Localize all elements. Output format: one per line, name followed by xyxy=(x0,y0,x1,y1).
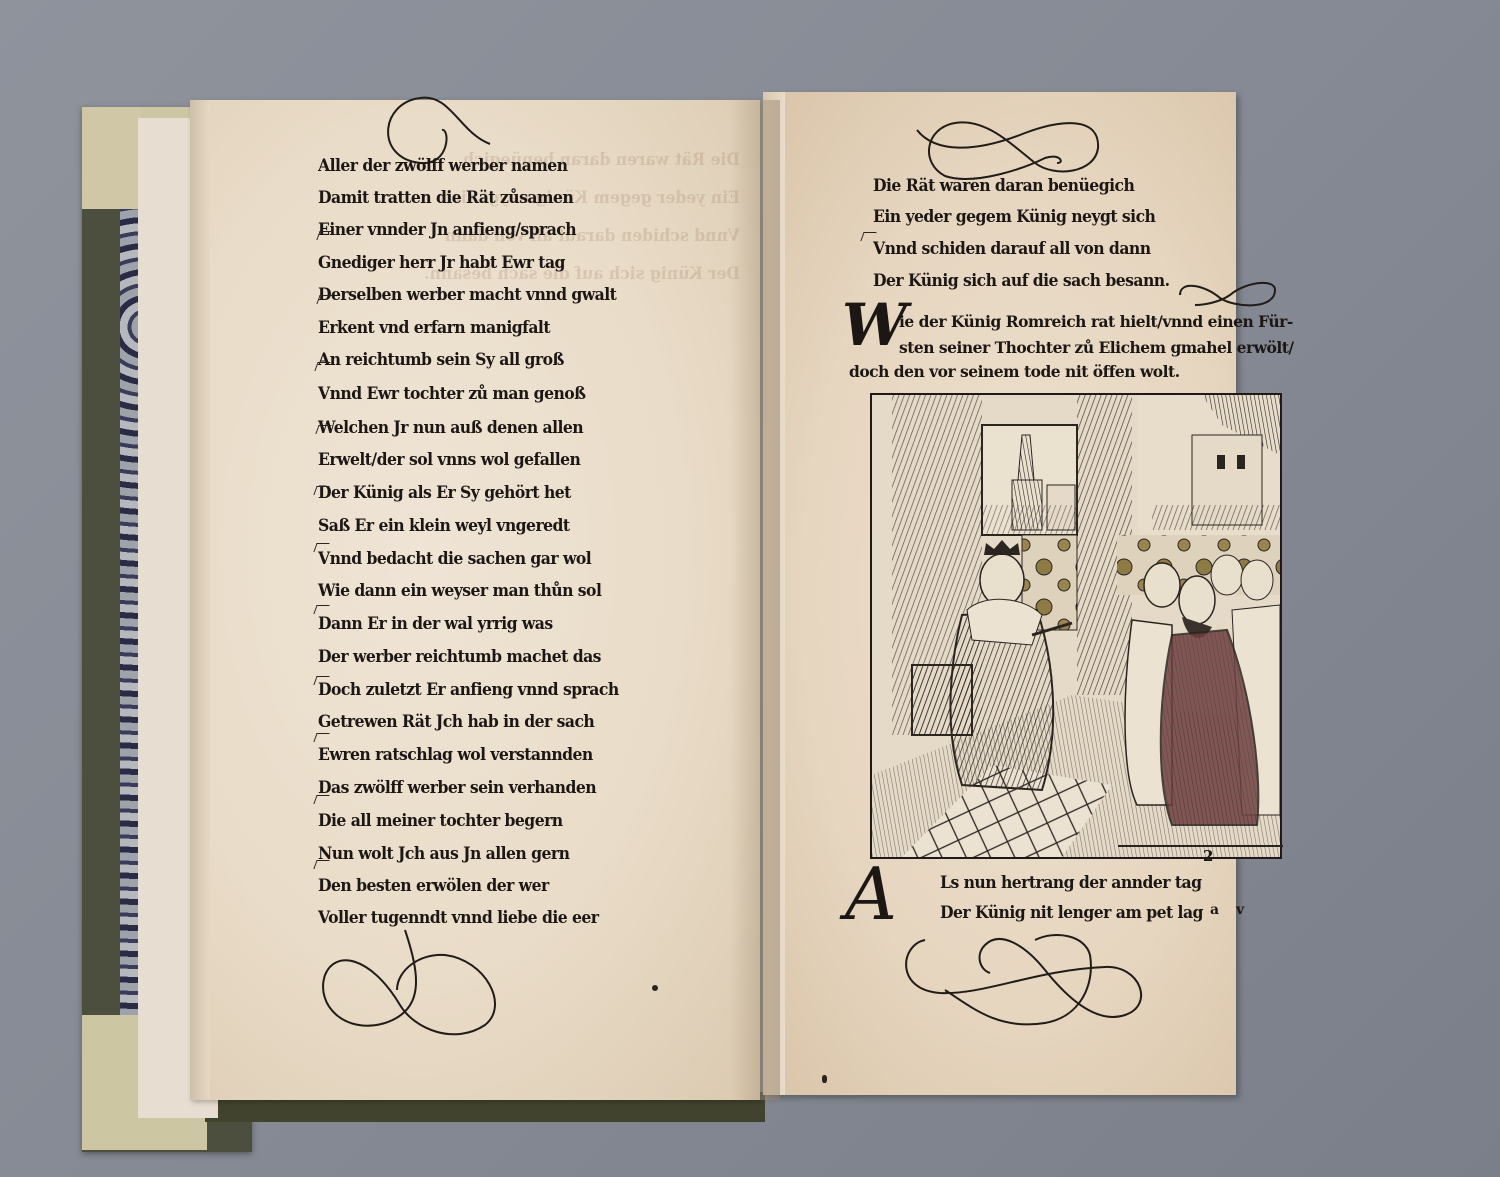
text-line: Vnnd Ewr tochter zů man genoß xyxy=(318,386,586,403)
woodcut-illustration xyxy=(870,393,1282,859)
text-line: An reichtumb sein Sy all groß xyxy=(318,352,564,369)
woodcut-scene xyxy=(872,395,1280,857)
text-line: Aller der zwölff werber namen xyxy=(318,158,567,175)
text-line: Derselben werber macht vnnd gwalt xyxy=(318,287,616,304)
text-line: Ewren ratschlag wol verstannden xyxy=(318,747,593,764)
text-line: Voller tugenndt vnnd liebe die eer xyxy=(318,910,599,927)
text-line: Einer vnnder Jn anfieng/sprach xyxy=(318,222,576,239)
text-line: Der werber reichtumb machet das xyxy=(318,649,601,666)
text-line: Erkent vnd erfarn manigfalt xyxy=(318,320,550,337)
rule-line xyxy=(1118,845,1283,847)
text-line: Die Rät waren daran benüegich xyxy=(873,178,1134,195)
heading-line: ie der Künig Romreich rat hielt/vnnd ein… xyxy=(899,312,1293,331)
drop-cap-a: A xyxy=(845,858,897,930)
signature-mark: a v xyxy=(1210,902,1250,918)
page-number: 2 xyxy=(1203,847,1213,865)
text-line: Doch zuletzt Er anfieng vnnd sprach xyxy=(318,682,619,699)
text-line: Vnnd bedacht die sachen gar wol xyxy=(318,551,591,568)
heading-line: sten seiner Thochter zů Elichem gmahel e… xyxy=(899,338,1294,357)
text-line: Der Künig nit lenger am pet lag xyxy=(940,905,1203,922)
ink-spot xyxy=(822,1075,827,1083)
text-line: Saß Er ein klein weyl vngeredt xyxy=(318,518,570,535)
text-line: Damit tratten die Rät zůsamen xyxy=(318,190,573,207)
gutter-shadow xyxy=(730,100,780,1100)
text-line: Wie dann ein weyser man thůn sol xyxy=(318,583,601,600)
text-line: Getrewen Rät Jch hab in der sach xyxy=(318,714,594,731)
left-page-edge xyxy=(190,100,210,1100)
flourish-ornament-bottom-right xyxy=(895,935,1155,1045)
text-line: Der Künig sich auf die sach besann. xyxy=(873,273,1170,290)
text-line: Ein yeder gegem Künig neygt sich xyxy=(873,209,1155,226)
text-line: Erwelt/der sol vnns wol gefallen xyxy=(318,452,580,469)
text-line: Gnediger herr Jr habt Ewr tag xyxy=(318,255,565,272)
drop-cap-w: W xyxy=(842,296,907,354)
text-line: Welchen Jr nun auß denen allen xyxy=(318,420,583,437)
flourish-ornament-bottom-left xyxy=(315,935,515,1035)
text-line: Ls nun hertrang der annder tag xyxy=(940,875,1201,892)
ink-spot xyxy=(652,985,658,991)
text-line: Den besten erwölen der wer xyxy=(318,878,549,895)
heading-line: doch den vor seinem tode nit öffen wolt. xyxy=(849,362,1180,381)
cover-corner-top-vellum xyxy=(82,107,142,209)
text-line: Dann Er in der wal yrrig was xyxy=(318,616,553,633)
text-line: Die all meiner tochter begern xyxy=(318,813,563,830)
text-line: Nun wolt Jch aus Jn allen gern xyxy=(318,846,569,863)
text-line: Der Künig als Er Sy gehört het xyxy=(318,485,571,502)
text-line: Das zwölff werber sein verhanden xyxy=(318,780,596,797)
flourish-ornament-small xyxy=(1175,280,1285,310)
text-line: Vnnd schiden darauf all von dann xyxy=(873,241,1151,258)
